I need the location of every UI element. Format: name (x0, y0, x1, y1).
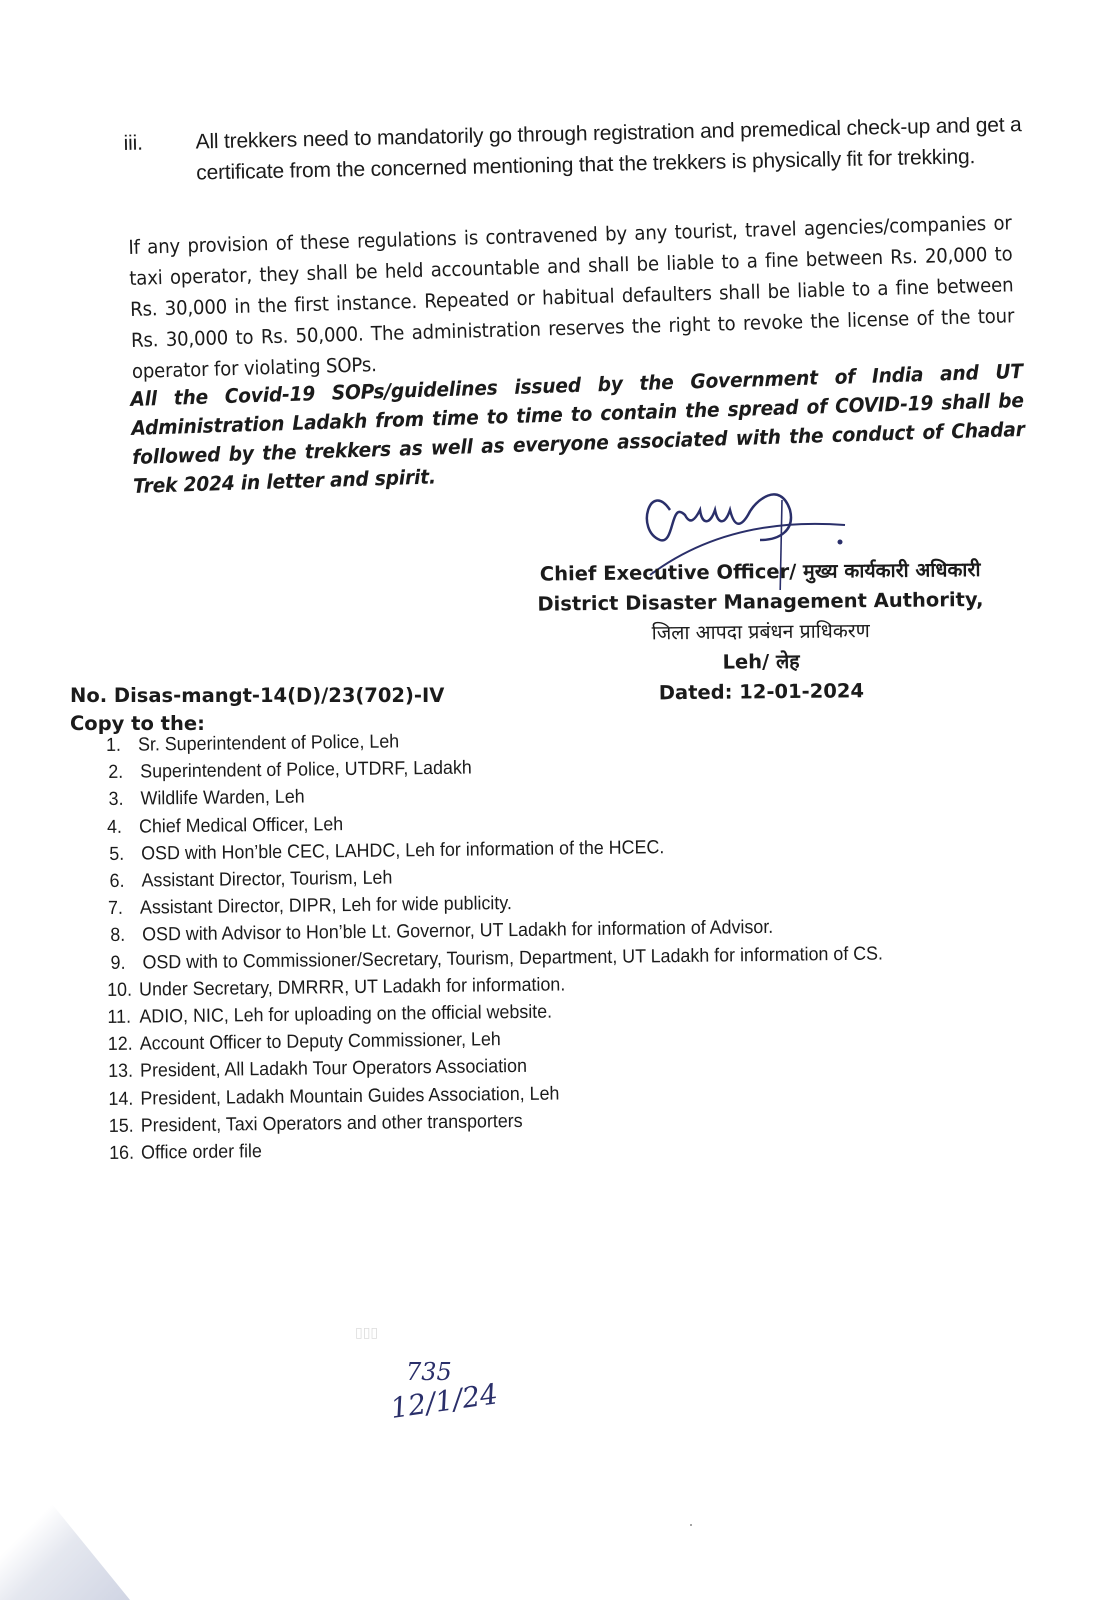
copy-to-item-number: 4. (107, 813, 139, 841)
signatory-authority: District Disaster Management Authority, (500, 585, 1020, 620)
copy-to-item-number: 16. (109, 1140, 141, 1168)
copy-to-item-number: 14. (108, 1085, 140, 1113)
copy-to-list: 1.Sr. Superintendent of Police, Leh2.Sup… (104, 721, 974, 1167)
list-item-number: iii. (123, 128, 143, 159)
copy-to-item-text: Office order file (141, 1138, 262, 1167)
copy-to-item-number: 5. (109, 840, 141, 868)
list-item-text: All trekkers need to mandatorily go thro… (195, 108, 1096, 189)
copy-to-item-number: 9. (110, 949, 142, 977)
copy-to-item-number: 7. (108, 895, 140, 923)
copy-to-item-number: 13. (108, 1058, 140, 1086)
handwritten-number: 735 (406, 1358, 452, 1386)
copy-to-item-number: 8. (110, 922, 142, 950)
document-page: iii. All trekkers need to mandatorily go… (0, 0, 1112, 1600)
dated: Dated: 12-01-2024 (501, 675, 1021, 710)
penalty-paragraph: If any provision of these regulations is… (128, 207, 1015, 387)
faded-stamp: ▯▯▯ (355, 1325, 415, 1347)
copy-to-item-text: Sr. Superintendent of Police, Leh (138, 728, 399, 758)
copy-to-item-text: Chief Medical Officer, Leh (139, 811, 343, 841)
speck (690, 1524, 692, 1526)
list-item-iii: iii. All trekkers need to mandatorily go… (123, 93, 1013, 112)
copy-to-item-text: President, Taxi Operators and other tran… (141, 1108, 523, 1140)
copy-to-item-number: 1. (106, 732, 138, 760)
copy-to-item-number: 15. (109, 1112, 141, 1140)
copy-to-item-number: 6. (109, 868, 141, 896)
handwritten-note: 735 12/1/24 (384, 1352, 524, 1442)
page-shadow (0, 1440, 130, 1600)
copy-to-item-number: 3. (108, 786, 140, 814)
copy-to-item-number: 2. (108, 759, 140, 787)
signatory-block: Chief Executive Officer/ मुख्य कार्यकारी… (500, 555, 1022, 710)
copy-to-item-number: 11. (107, 1004, 139, 1032)
copy-to-item-text: Assistant Director, Tourism, Leh (141, 865, 392, 895)
copy-to-item-text: Wildlife Warden, Leh (140, 784, 304, 813)
reference-number: No. Disas-mangt-14(D)/23(702)-IV (70, 682, 444, 710)
copy-to-item-number: 10. (107, 976, 139, 1004)
copy-to-item-number: 12. (108, 1031, 140, 1059)
copy-to-item-text: Superintendent of Police, UTDRF, Ladakh (140, 755, 472, 786)
